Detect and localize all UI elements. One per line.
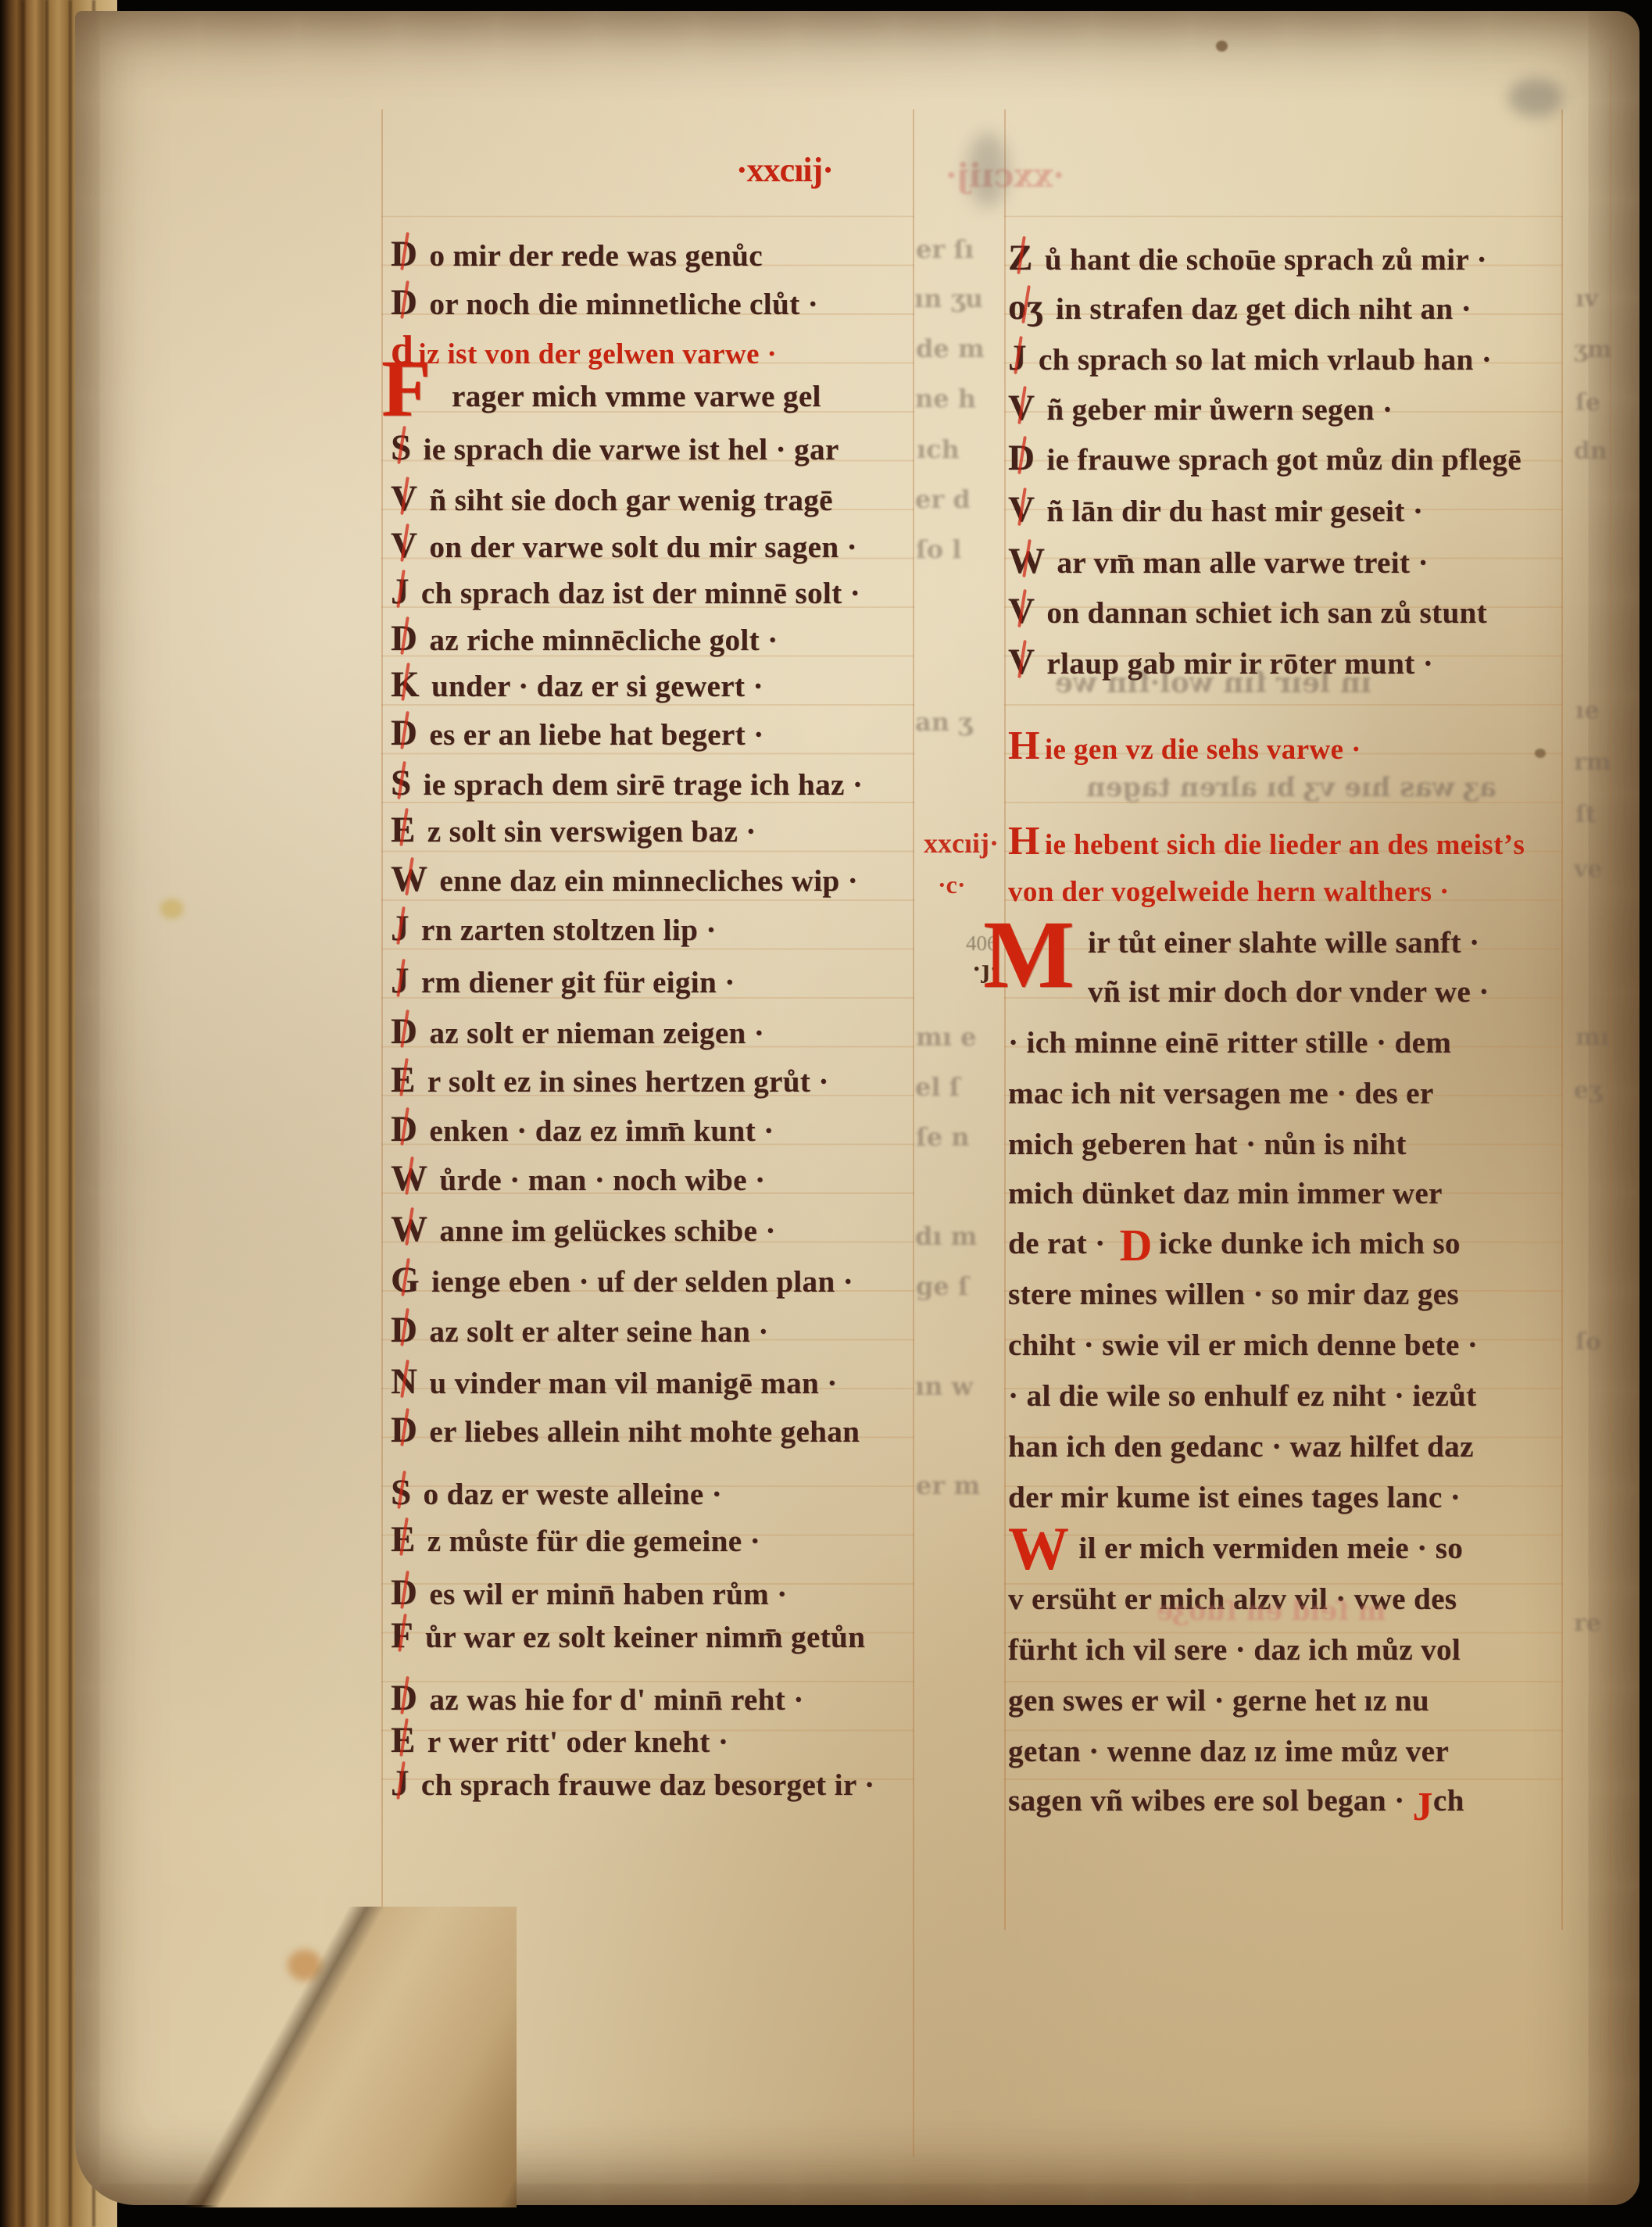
text-line: sagen vñ wibes ere sol began ·Jch [1008,1778,1464,1828]
line-text: ñ lān dir du hast mir geseit · [1046,495,1423,528]
initial-letter: J [391,568,409,615]
line-text: ch sprach daz ist der minnē solt · [421,577,860,610]
initial-letter: V [1008,486,1035,533]
text-line: Zů hant die schoūe sprach zů mir · [1008,234,1487,284]
initial-letter: Z [1008,234,1033,281]
show-through-text: dı m [915,1221,978,1251]
initial-letter: J [391,1760,409,1807]
line-text: er liebes allein niht mohte gehan [429,1415,860,1449]
line-text: han ich den gedanc · waz hilfet daz [1008,1430,1474,1464]
initial-letter: D [391,615,417,662]
text-line: Daz solt er nieman zeigen · [391,1008,764,1058]
show-through-text: dn [1574,438,1607,465]
initial-letter: W [1008,538,1045,584]
initial-letter: J [391,957,409,1004]
line-text: on dannan schiet ich san zů stunt [1046,596,1487,630]
line-text: stere mines willen · so mir daz ges [1008,1278,1459,1311]
initial-letter: S [391,760,412,806]
text-line: de rat · Dicke dunke ich mich so [1008,1221,1461,1271]
show-through-text: an ʒ [915,707,972,737]
show-through-text: ın ʒu [914,284,983,313]
line-text: az riche minnēcliche golt · [429,624,778,657]
text-line: Fůr war ez solt keiner nimm̄ getůn [391,1612,865,1662]
show-through-text: ıch [917,434,960,464]
initial-letter: E [391,806,416,853]
line-text: es wil er minn̄ haben rům · [429,1578,787,1611]
line-text: mac ich nit versagen me · des er [1008,1077,1434,1110]
show-through-text: aʒ was hıe vʒ bı alren tagen [1086,772,1496,803]
initial-letter: D [391,710,417,756]
text-line: Vñ siht sie doch gar wenig tragē [391,475,833,525]
show-through-text: re [1574,1610,1601,1637]
line-text: · al die wile so enhulf ez niht · iezůt [1008,1379,1477,1413]
line-text: mich geberen hat · nůn is niht [1008,1128,1407,1161]
rubric-line: Hie gen vz die sehs varwe · [1008,723,1361,773]
line-text: ie gen vz die sehs varwe · [1045,734,1361,766]
initial-letter: D [391,279,417,326]
spine-streak [45,0,48,2227]
line-text: iz ist von der gelwen varwe · [418,338,777,370]
line-text: ir tůt einer slahte wille sanft · [1088,926,1479,960]
initial-letter: F [391,1612,413,1659]
text-line: Sie sprach die varwe ist hel · gar [391,424,839,474]
initial-letter: D [1008,434,1035,481]
text-line: So daz er weste alleine · [391,1469,722,1519]
initial-letter: V [1008,638,1035,685]
initial-letter: D [391,1407,417,1453]
line-text: ie frauwe sprach got můz din pflegē [1046,443,1521,477]
line-text: z solt sin verswigen baz · [427,815,756,849]
initial-letter: J [1412,1785,1432,1829]
text-line: vñ ist mir doch dor vnder we · [1088,969,1489,1019]
show-through-text: ın w [915,1371,973,1401]
line-text: ienge eben · uf der selden plan · [431,1265,853,1299]
line-text: mich dünket daz min immer wer [1008,1177,1443,1210]
text-line: Die frauwe sprach got můz din pflegē [1008,434,1521,484]
line-text: o daz er weste alleine · [424,1478,723,1511]
text-line: Dor noch die minnetliche clůt · [391,279,818,329]
line-text: ñ geber mir ůwern segen · [1046,393,1393,427]
spine-streak [22,0,25,2227]
line-text: rn zarten stoltzen lip · [421,913,717,947]
initial-letter: D [391,1307,417,1353]
initial-letter: D [391,231,417,277]
line-text: · ich minne einē ritter stille · dem [1008,1026,1451,1060]
show-through-text: ſo l [916,534,961,564]
text-line: Daz solt er alter seine han · [391,1307,769,1357]
show-through-text: rm [1574,749,1611,776]
show-through-text: er ſı [916,234,974,264]
line-text: fürht ich vil sere · daz ich můz vol [1008,1633,1461,1667]
initial-letter: G [391,1256,420,1303]
text-line: han ich den gedanc · waz hilfet daz [1008,1424,1474,1474]
text-line: Kunder · daz er si gewert · [391,661,763,711]
text-line: Von der varwe solt du mir sagen · [391,522,857,572]
text-line: Vñ geber mir ůwern segen · [1008,384,1393,434]
text-line: War vm̄ man alle varwe treit · [1008,538,1429,588]
line-text: anne im gelückes schibe · [439,1214,775,1248]
initial-letter: N [391,1358,417,1405]
spine-streak [69,0,72,2227]
initial-letter: D [391,1008,417,1055]
text-line: Vñ lān dir du hast mir geseit · [1008,486,1423,536]
text-line: Jch sprach so lat mich vrlaub han · [1008,334,1492,384]
margin-quire-note: xxcıij· [924,827,999,860]
text-line: Jrn zarten stoltzen lip · [391,905,717,955]
initial-letter: J [1008,334,1027,381]
rubric-line: diz ist von der gelwen varwe · [391,327,777,377]
line-text: z můste für die gemeine · [427,1525,760,1558]
text-line: Denken · daz ez imm̄ kunt · [391,1106,774,1156]
line-text: o mir der rede was genůc [429,239,763,273]
margin-c-note: ·c· [938,870,966,899]
line-text: sagen vñ wibes ere sol began · [1008,1784,1404,1818]
show-through-text: er m [916,1471,980,1500]
show-through-text: m ſeıd en ſuoʒe [1157,1596,1386,1627]
show-through-text: ve [1574,856,1603,883]
text-line: Daz riche minnēcliche golt · [391,615,778,665]
show-through-text: ʒm [1574,336,1612,363]
text-line: Jch sprach frauwe daz besorget ir · [391,1760,874,1810]
rubric-line: Hie hebent sich die lieder an des meistʼ… [1008,818,1525,868]
line-text: az solt er alter seine han · [429,1315,768,1349]
initial-letter: V [1008,384,1035,431]
initial-letter: V [391,522,417,569]
show-through-text: ·xxcıij· [946,156,1064,195]
show-through-text: ne h [915,384,976,413]
initial-letter: H [1008,819,1040,863]
line-text: il er mich vermiden meie · so [1078,1532,1463,1565]
line-text: ch sprach frauwe daz besorget ir · [421,1768,874,1802]
initial-letter: S [391,1469,412,1516]
text-line: Ez můste für die gemeine · [391,1516,760,1566]
show-through-text: el ſ [915,1072,960,1102]
initial-letter: oʒ [1008,284,1044,331]
initial-letter: D [391,1569,417,1616]
line-text: enne daz ein minnecliches wip · [439,864,858,898]
line-text: ie sprach die varwe ist hel · gar [424,433,839,466]
text-line: Er solt ez in sines hertzen grůt · [391,1056,829,1106]
show-through-text: mı [1575,1024,1609,1051]
illuminated-initial: F [381,349,431,430]
line-text: az was hie for d' minn̄ reht · [429,1683,803,1717]
illuminated-initial: M [983,906,1075,1003]
line-text: ch [1433,1784,1464,1818]
initial-letter: J [391,905,409,952]
initial-letter: E [391,1056,416,1103]
initial-letter: W [391,1206,427,1253]
show-through-text: ſo [1575,1328,1601,1356]
text-line: · ich minne einē ritter stille · dem [1008,1020,1451,1070]
text-line: Wil er mich vermiden meie · so [1008,1525,1463,1575]
text-line: mac ich nit versagen me · des er [1008,1071,1434,1121]
text-line: Des er an liebe hat begert · [391,710,764,760]
show-through-text: er d [915,484,971,514]
initial-letter: W [391,856,427,903]
text-line: Wanne im gelückes schibe · [391,1206,776,1256]
line-text: chiht · swie vil er mich denne bete · [1008,1328,1478,1362]
line-text: rm diener git für eigin · [421,966,735,999]
initial-letter: E [391,1516,416,1563]
text-line: Jch sprach daz ist der minnē solt · [391,568,860,618]
line-text: ñ siht sie doch gar wenig tragē [429,484,833,517]
line-text: ch sprach so lat mich vrlaub han · [1039,343,1492,377]
line-text: under · daz er si gewert · [431,670,763,703]
initial-letter: V [1008,588,1035,634]
text-line: Ez solt sin verswigen baz · [391,806,756,856]
text-line: gen swes er wil · gerne het ız nu [1008,1678,1429,1728]
line-text: r solt ez in sines hertzen grůt · [427,1065,829,1099]
line-text: gen swes er wil · gerne het ız nu [1008,1684,1429,1718]
line-text: r wer ritt' oder kneht · [427,1725,728,1759]
line-text: enken · daz ez imm̄ kunt · [429,1114,774,1148]
line-text: ůr war ez solt keiner nimm̄ getůn [425,1621,865,1654]
text-line: fürht ich vil sere · daz ich můz vol [1008,1627,1461,1677]
manuscript-photo: ·xxcıij· xxcıij· ·c· 406 ·ȷ· Do mir der … [0,0,1652,2227]
text-line: mich dünket daz min immer wer [1008,1171,1443,1221]
initial-letter: D [391,1675,417,1721]
line-text: az solt er nieman zeigen · [429,1017,764,1050]
line-text: ů hant die schoūe sprach zů mir · [1045,243,1487,277]
text-line: stere mines willen · so mir daz ges [1008,1271,1459,1321]
initial-letter: E [391,1717,416,1764]
line-text: de rat · [1008,1227,1114,1260]
show-through-text: ge ſ [916,1271,969,1301]
initial-letter: K [391,661,420,708]
line-text: in strafen daz get dich niht an · [1056,292,1471,326]
line-text: es er an liebe hat begert · [429,718,763,752]
text-line: ir tůt einer slahte wille sanft · [1088,920,1479,970]
text-line: der mir kume ist eines tages lanc · [1008,1475,1461,1525]
line-text: icke dunke ich mich so [1159,1227,1461,1260]
initial-letter: D [1120,1220,1153,1271]
initial-letter: H [1008,724,1040,768]
initial-letter: D [391,1106,417,1153]
show-through-text: mı e [916,1022,977,1052]
line-text: ůrde · man · noch wibe · [439,1164,765,1197]
show-through-text: ıe [1575,697,1599,724]
show-through-text: eʒ [1574,1077,1602,1104]
line-text: der mir kume ist eines tages lanc · [1008,1481,1461,1514]
text-line: Nu vinder man vil manigē man · [391,1358,838,1408]
line-text: u vinder man vil manigē man · [429,1367,837,1400]
text-line: Do mir der rede was genůc [391,231,763,281]
initial-letter: W [1008,1514,1069,1582]
show-through-text: ın leır ſın wol·ſın we [1055,667,1371,699]
text-line: Sie sprach dem sirē trage ich haz · [391,760,863,810]
text-line: · al die wile so enhulf ez niht · iezůt [1008,1373,1477,1423]
show-through-text: ſe n [916,1122,970,1152]
text-line: mich geberen hat · nůn is niht [1008,1121,1407,1171]
text-line: Wůrde · man · noch wibe · [391,1155,765,1205]
show-through-text: ſt [1575,801,1597,828]
text-line: oʒin strafen daz get dich niht an · [1008,284,1471,334]
initial-letter: W [391,1155,427,1202]
line-text: or noch die minnetliche clůt · [429,288,818,321]
show-through-text: ſe [1575,389,1600,416]
line-text: getan · wenne daz ız ime můz ver [1008,1735,1449,1768]
line-text: rager mich vmme varwe gel [452,380,821,413]
line-text: ar vm̄ man alle varwe treit · [1057,546,1428,580]
initial-letter: V [391,475,417,522]
show-through-text: de m [916,334,985,363]
line-text: ie sprach dem sirē trage ich haz · [424,768,864,802]
line-text: vñ ist mir doch dor vnder we · [1088,975,1489,1009]
text-line: Von dannan schiet ich san zů stunt [1008,588,1487,638]
text-line: Wenne daz ein minnecliches wip · [391,856,858,906]
line-text: ie hebent sich die lieder an des meistʼs [1045,829,1525,861]
text-line: rager mich vmme varwe gel [452,374,821,424]
text-line: Gienge eben · uf der selden plan · [391,1256,853,1307]
line-text: on der varwe solt du mir sagen · [429,531,857,564]
text-line: chiht · swie vil er mich denne bete · [1008,1322,1478,1372]
text-line: Jrm diener git für eigin · [391,957,735,1007]
text-line: Der liebes allein niht mohte gehan [391,1407,860,1457]
text-line: getan · wenne daz ız ime můz ver [1008,1728,1449,1778]
show-through-text: ıv [1575,285,1598,313]
folio-number: ·xxcıij· [736,150,833,190]
